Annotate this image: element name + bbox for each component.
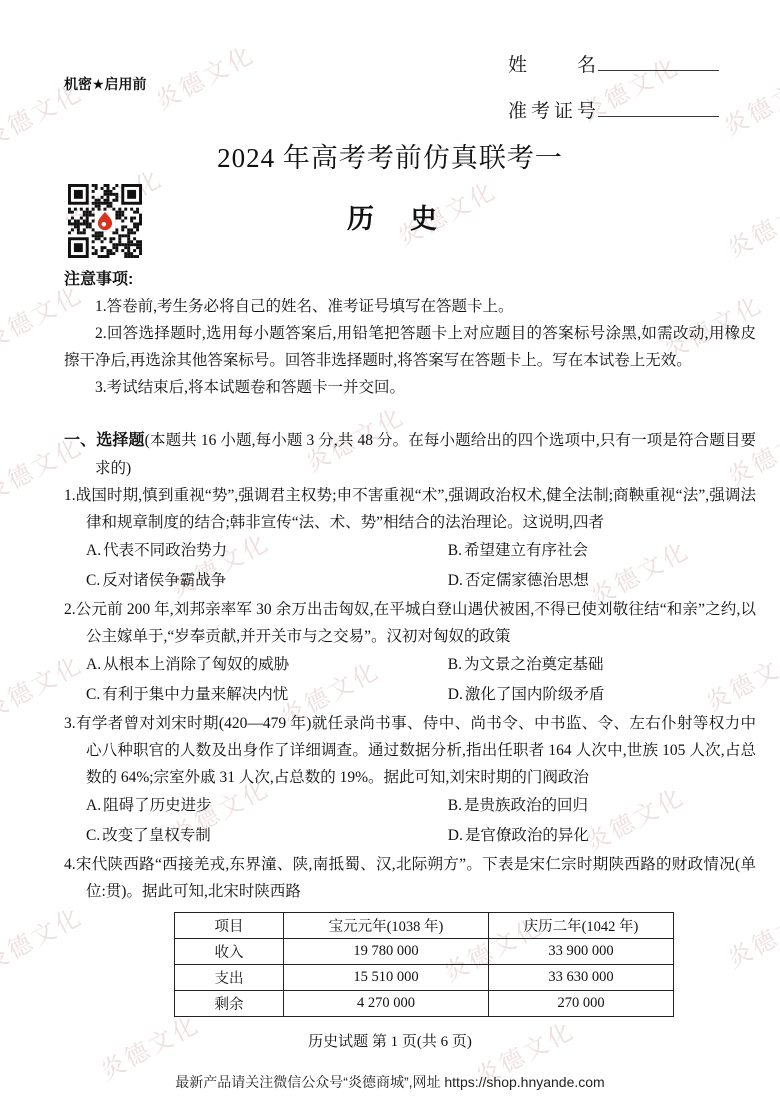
exam-number-blank-line bbox=[598, 96, 719, 117]
option-c: C.改变了皇权专制 bbox=[86, 821, 448, 851]
table-row: 支出 15 510 000 33 630 000 bbox=[175, 965, 674, 991]
notice-heading: 注意事项: bbox=[64, 266, 756, 293]
table-row: 收入 19 780 000 33 900 000 bbox=[175, 939, 674, 965]
section-heading: 一、选择题(本题共 16 小题,每小题 3 分,共 48 分。在每小题给出的四个… bbox=[64, 427, 756, 482]
option-b-text: 希望建立有序社会 bbox=[464, 542, 588, 559]
option-a-text: 从根本上消除了匈奴的威胁 bbox=[103, 656, 289, 673]
question-2-stem: 公元前 200 年,刘邦亲率军 30 余万出击匈奴,在平城白登山遇伏被困,不得已… bbox=[76, 601, 756, 645]
exam-number-field-row: 准考证号 bbox=[508, 96, 719, 123]
table-cell: 4 270 000 bbox=[284, 991, 489, 1017]
question-1-options: A.代表不同政治势力 B.希望建立有序社会 C.反对诸侯争霸战争 D.否定儒家德… bbox=[64, 536, 756, 596]
exam-body: 注意事项: 1.答卷前,考生务必将自己的姓名、准考证号填写在答题卡上。 2.回答… bbox=[64, 266, 756, 1017]
option-b: B.是贵族政治的回归 bbox=[448, 791, 756, 821]
question-2-options: A.从根本上消除了匈奴的威胁 B.为文景之治奠定基础 C.有利于集中力量来解决内… bbox=[64, 650, 756, 710]
notice-item-2: 2.回答选择题时,选用每小题答案后,用铅笔把答题卡上对应题目的答案标号涂黑,如需… bbox=[64, 320, 756, 374]
option-c-label: C. bbox=[86, 686, 100, 703]
option-b-label: B. bbox=[448, 542, 462, 559]
question-3-number: 3. bbox=[64, 715, 76, 732]
option-a-label: A. bbox=[86, 656, 101, 673]
option-c: C.反对诸侯争霸战争 bbox=[86, 566, 448, 596]
page-number-footer: 历史试题 第 1 页(共 6 页) bbox=[0, 1030, 780, 1051]
question-3-stem: 有学者曾对刘宋时期(420—479 年)就任录尚书事、侍中、尚书令、中书监、令、… bbox=[76, 715, 756, 786]
section-heading-detail: (本题共 16 小题,每小题 3 分,共 48 分。在每小题给出的四个选项中,只… bbox=[95, 432, 756, 477]
question-4-stem: 宋代陕西路“西接羌戎,东界潼、陕,南抵蜀、汉,北际朔方”。下表是宋仁宗时期陕西路… bbox=[76, 856, 756, 900]
option-a: A.代表不同政治势力 bbox=[86, 536, 448, 566]
option-c-label: C. bbox=[86, 827, 100, 844]
subject-title: 历史 bbox=[347, 197, 437, 236]
option-d-text: 否定儒家德治思想 bbox=[465, 572, 589, 589]
name-field-row: 姓名 bbox=[508, 50, 719, 77]
option-c: C.有利于集中力量来解决内忧 bbox=[86, 680, 448, 710]
table-header-cell: 庆历二年(1042 年) bbox=[489, 913, 674, 939]
table-cell: 19 780 000 bbox=[284, 939, 489, 965]
question-2: 2.公元前 200 年,刘邦亲率军 30 余万出击匈奴,在平城白登山遇伏被困,不… bbox=[64, 596, 756, 650]
option-d-text: 是官僚政治的异化 bbox=[465, 827, 589, 844]
option-c-label: C. bbox=[86, 572, 100, 589]
option-a-label: A. bbox=[86, 797, 101, 814]
question-1: 1.战国时期,慎到重视“势”,强调君主权势;申不害重视“术”,强调政治权术,健全… bbox=[64, 482, 756, 536]
table-header-cell: 宝元元年(1038 年) bbox=[284, 913, 489, 939]
name-blank-line bbox=[598, 50, 719, 71]
notice-item-3: 3.考试结束后,将本试题卷和答题卡一并交回。 bbox=[64, 374, 756, 401]
option-c-text: 反对诸侯争霸战争 bbox=[102, 572, 226, 589]
option-b-text: 为文景之治奠定基础 bbox=[464, 656, 604, 673]
page-title: 2024 年高考考前仿真联考一 bbox=[0, 136, 780, 175]
table-header-cell: 项目 bbox=[175, 913, 284, 939]
exam-paper-page: 炎德文化炎德文化炎德文化炎德文化炎德文化炎德文化炎德文化炎德文化炎德文化炎德文化… bbox=[0, 0, 780, 1098]
option-a-label: A. bbox=[86, 542, 101, 559]
fiscal-data-table: 项目 宝元元年(1038 年) 庆历二年(1042 年) 收入 19 780 0… bbox=[174, 912, 674, 1017]
publisher-promo-footer: 最新产品请关注微信公众号“炎德商城”,网址 https://shop.hnyan… bbox=[0, 1072, 780, 1092]
option-d: D.是官僚政治的异化 bbox=[448, 821, 756, 851]
option-d: D.否定儒家德治思想 bbox=[448, 566, 756, 596]
option-d-label: D. bbox=[448, 686, 463, 703]
table-cell: 收入 bbox=[175, 939, 284, 965]
notice-item-1: 1.答卷前,考生务必将自己的姓名、准考证号填写在答题卡上。 bbox=[64, 293, 756, 320]
option-a: A.从根本上消除了匈奴的威胁 bbox=[86, 650, 448, 680]
table-cell: 支出 bbox=[175, 965, 284, 991]
table-header-row: 项目 宝元元年(1038 年) 庆历二年(1042 年) bbox=[175, 913, 674, 939]
option-b: B.为文景之治奠定基础 bbox=[448, 650, 756, 680]
table-cell: 270 000 bbox=[489, 991, 674, 1017]
table-cell: 剩余 bbox=[175, 991, 284, 1017]
question-4: 4.宋代陕西路“西接羌戎,东界潼、陕,南抵蜀、汉,北际朔方”。下表是宋仁宗时期陕… bbox=[64, 851, 756, 905]
table-cell: 33 900 000 bbox=[489, 939, 674, 965]
name-label: 姓名 bbox=[508, 50, 596, 77]
table-cell: 33 630 000 bbox=[489, 965, 674, 991]
option-d-label: D. bbox=[448, 827, 463, 844]
option-a-text: 代表不同政治势力 bbox=[103, 542, 227, 559]
exam-number-label: 准考证号 bbox=[508, 96, 596, 123]
question-3: 3.有学者曾对刘宋时期(420—479 年)就任录尚书事、侍中、尚书令、中书监、… bbox=[64, 710, 756, 791]
option-b-label: B. bbox=[448, 656, 462, 673]
question-1-number: 1. bbox=[64, 487, 76, 504]
question-3-options: A.阻碍了历史进步 B.是贵族政治的回归 C.改变了皇权专制 D.是官僚政治的异… bbox=[64, 791, 756, 851]
table-cell: 15 510 000 bbox=[284, 965, 489, 991]
confidential-label: 机密★启用前 bbox=[64, 74, 147, 94]
qr-code-icon bbox=[68, 184, 142, 258]
question-2-number: 2. bbox=[64, 601, 76, 618]
table-row: 剩余 4 270 000 270 000 bbox=[175, 991, 674, 1017]
question-4-number: 4. bbox=[64, 856, 76, 873]
question-1-stem: 战国时期,慎到重视“势”,强调君主权势;申不害重视“术”,强调政治权术,健全法制… bbox=[76, 487, 756, 531]
option-c-text: 有利于集中力量来解决内忧 bbox=[102, 686, 288, 703]
option-d-text: 激化了国内阶级矛盾 bbox=[465, 686, 605, 703]
option-b-label: B. bbox=[448, 797, 462, 814]
option-b: B.希望建立有序社会 bbox=[448, 536, 756, 566]
option-b-text: 是贵族政治的回归 bbox=[464, 797, 588, 814]
section-heading-title: 一、选择题 bbox=[64, 432, 145, 449]
option-d-label: D. bbox=[448, 572, 463, 589]
option-c-text: 改变了皇权专制 bbox=[102, 827, 211, 844]
option-a: A.阻碍了历史进步 bbox=[86, 791, 448, 821]
option-d: D.激化了国内阶级矛盾 bbox=[448, 680, 756, 710]
option-a-text: 阻碍了历史进步 bbox=[103, 797, 212, 814]
